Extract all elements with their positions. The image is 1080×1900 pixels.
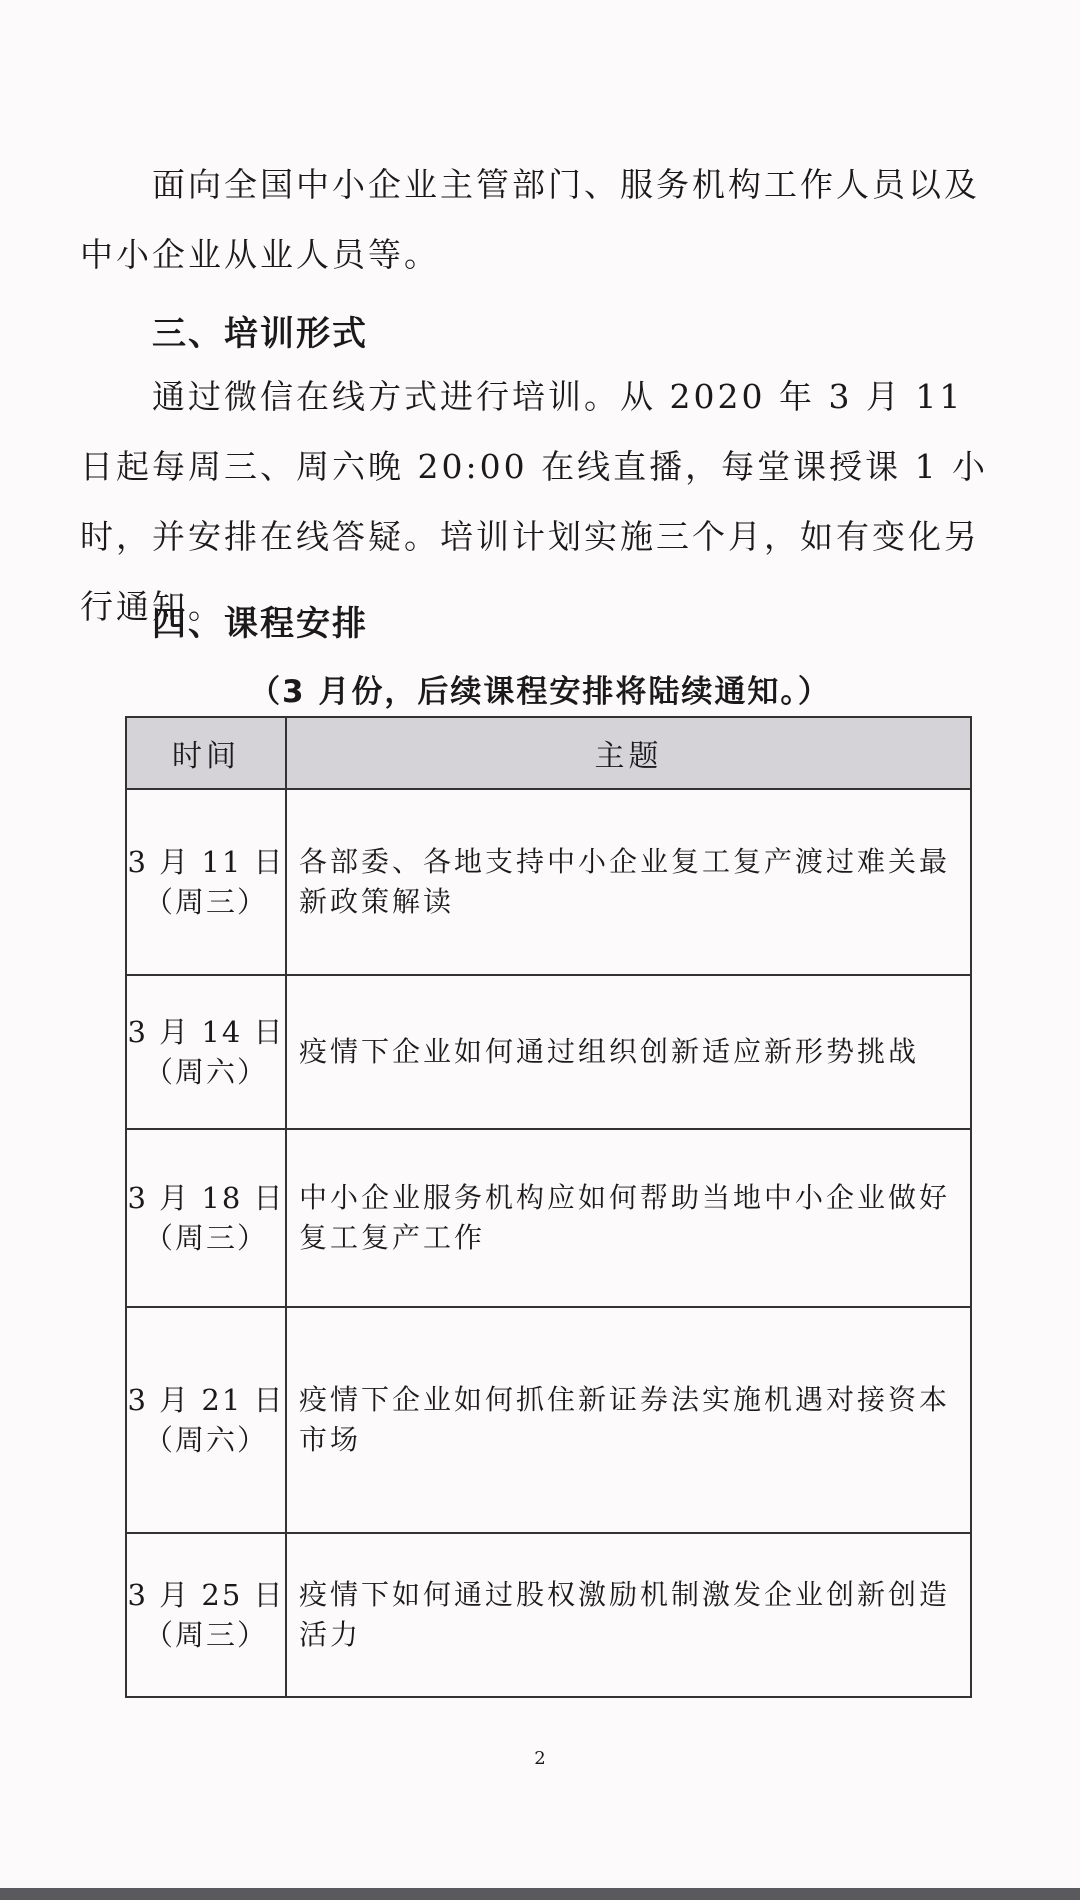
topic-cell: 各部委、各地支持中小企业复工复产渡过难关最新政策解读 [286,789,971,975]
topic-cell: 疫情下企业如何通过组织创新适应新形势挑战 [286,975,971,1129]
weekday: （周六） [127,1052,285,1092]
weekday: （周三） [127,1615,285,1655]
schedule-subtitle: （3 月份，后续课程安排将陆续通知。） [0,666,1080,711]
date: 3 月 25 日 [127,1575,285,1615]
date: 3 月 21 日 [127,1380,285,1420]
course-schedule-table: 时间 主题 3 月 11 日 （周三） 各部委、各地支持中小企业复工复产渡过难关… [125,716,972,1698]
section-heading-course-schedule: 四、课程安排 [152,596,368,645]
weekday: （周三） [127,1218,285,1258]
table-row: 3 月 11 日 （周三） 各部委、各地支持中小企业复工复产渡过难关最新政策解读 [126,789,971,975]
page-number: 2 [0,1748,1080,1769]
header-topic: 主题 [286,717,971,789]
date: 3 月 18 日 [127,1178,285,1218]
time-cell: 3 月 11 日 （周三） [126,789,286,975]
topic-cell: 疫情下企业如何抓住新证券法实施机遇对接资本市场 [286,1307,971,1533]
time-cell: 3 月 21 日 （周六） [126,1307,286,1533]
intro-paragraph: 面向全国中小企业主管部门、服务机构工作人员以及中小企业从业人员等。 [80,150,1010,290]
table-header-row: 时间 主题 [126,717,971,789]
topic-cell: 疫情下如何通过股权激励机制激发企业创新创造活力 [286,1533,971,1697]
scan-bottom-edge [0,1888,1080,1900]
time-cell: 3 月 25 日 （周三） [126,1533,286,1697]
table-row: 3 月 14 日 （周六） 疫情下企业如何通过组织创新适应新形势挑战 [126,975,971,1129]
weekday: （周六） [127,1420,285,1460]
date: 3 月 11 日 [127,842,285,882]
table-row: 3 月 25 日 （周三） 疫情下如何通过股权激励机制激发企业创新创造活力 [126,1533,971,1697]
section-heading-training-format: 三、培训形式 [152,306,368,355]
document-page: 面向全国中小企业主管部门、服务机构工作人员以及中小企业从业人员等。 三、培训形式… [0,0,1080,1880]
time-cell: 3 月 18 日 （周三） [126,1129,286,1307]
weekday: （周三） [127,882,285,922]
date: 3 月 14 日 [127,1012,285,1052]
topic-cell: 中小企业服务机构应如何帮助当地中小企业做好复工复产工作 [286,1129,971,1307]
header-time: 时间 [126,717,286,789]
table-row: 3 月 21 日 （周六） 疫情下企业如何抓住新证券法实施机遇对接资本市场 [126,1307,971,1533]
table-row: 3 月 18 日 （周三） 中小企业服务机构应如何帮助当地中小企业做好复工复产工… [126,1129,971,1307]
time-cell: 3 月 14 日 （周六） [126,975,286,1129]
